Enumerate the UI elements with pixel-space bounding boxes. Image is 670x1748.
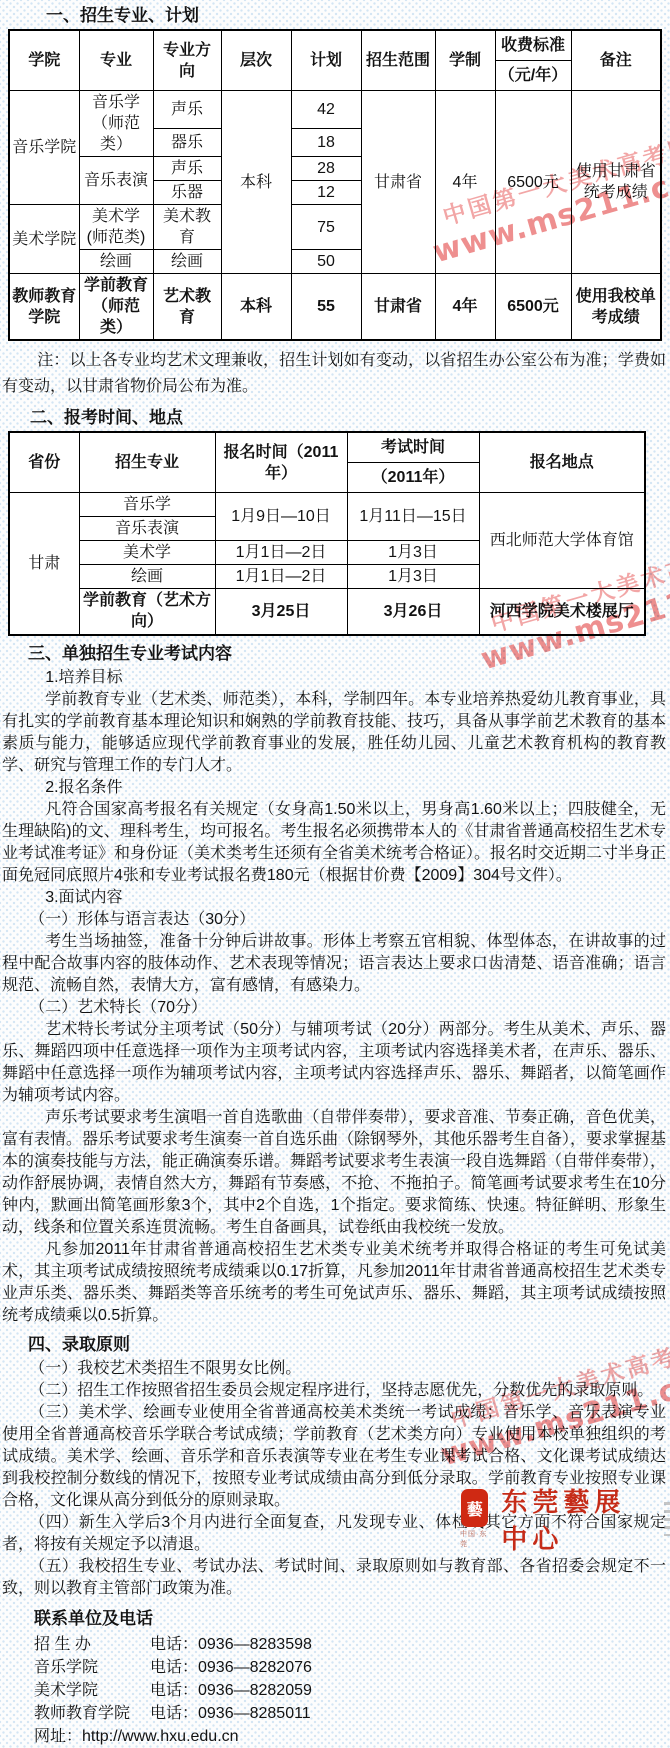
contact-line-admissions: 招 生 办 电话：0936—8283598 (34, 1633, 670, 1656)
cell-level-benke: 本科 (221, 91, 291, 274)
subsection-interview-content: 3.面试内容 (2, 887, 666, 909)
cell-signup-jan9-10: 1月9日—10日 (215, 493, 347, 541)
header-level: 层次 (221, 30, 291, 91)
table-header-row: 学院 专业 专业方向 层次 计划 招生范围 学制 收费标准 （元/年） 备注 (9, 30, 661, 91)
cell-duration-4years: 4年 (435, 91, 495, 274)
cell-signup-mar25: 3月25日 (215, 589, 347, 635)
cell-remark-unified-exam: 使用甘肃省统考成绩 (571, 91, 661, 274)
cell-level-benke2: 本科 (221, 274, 291, 341)
header-fee-top: 收费标准 (496, 31, 571, 61)
contact-line-teacher-college: 教师教育学院 电话：0936—8285011 (34, 1702, 670, 1725)
cell-major-musicology2: 音乐学 (79, 493, 215, 517)
paragraph: 凡符合国家高考报名有关规定（女身高1.50米以上，男身高1.60米以上；四肢健全… (2, 799, 666, 887)
table-row-preschool2: 学前教育（艺术方向） 3月25日 3月26日 河西学院美术楼展厅 (9, 589, 645, 635)
seal-block: 藝 中国·东莞 (460, 1489, 489, 1549)
website-url[interactable]: http://www.hxu.edu.cn (82, 1728, 239, 1745)
cell-major-musicology: 音乐学（师范类） (79, 91, 153, 157)
cell-major-music-performance: 音乐表演 (79, 157, 153, 205)
signature-marks (664, 1502, 670, 1536)
cell-exam-jan3b: 1月3日 (347, 565, 479, 589)
header-signup-time: 报名时间（2011年） (215, 432, 347, 493)
cell-signup-jan1-2: 1月1日—2日 (215, 541, 347, 565)
paragraph: 考生当场抽签，准备十分钟后讲故事。形体上考察五官相貌、体型体态，在讲故事的过程中… (2, 931, 666, 997)
enrollment-plan-table: 学院 专业 专业方向 层次 计划 招生范围 学制 收费标准 （元/年） 备注 音… (8, 29, 662, 341)
contact-block: 招 生 办 电话：0936—8283598 音乐学院 电话：0936—82820… (34, 1633, 670, 1748)
section3-title: 三、单独招生专业考试内容 (28, 643, 670, 664)
header-fee-bottom: （元/年） (496, 61, 571, 90)
header-college: 学院 (9, 30, 79, 91)
subsection-art-specialty: （二）艺术特长（70分） (2, 997, 666, 1019)
contact-phone: 电话：0936—8282059 (150, 1679, 312, 1702)
cell-location-exhibit-hall: 河西学院美术楼展厅 (479, 589, 645, 635)
contact-phone: 电话：0936—8285011 (150, 1702, 311, 1725)
cell-fee-6500-2: 6500元 (495, 274, 571, 341)
header-province: 省份 (9, 432, 79, 493)
contact-line-art-college: 美术学院 电话：0936—8282059 (34, 1679, 670, 1702)
cell-province-gansu: 甘肃 (9, 493, 79, 635)
logo-calligraphy-text: 东莞藝展中心 (501, 1482, 656, 1556)
admission-document-page: 一、招生专业、计划 学院 专业 专业方向 层次 计划 招生范围 学制 收费标准 … (0, 0, 670, 1748)
cell-major-fine-art2: 美术学 (79, 541, 215, 565)
header-remark: 备注 (571, 30, 661, 91)
table-row-preschool: 教师教育学院 学前教育（师范类） 艺术教育 本科 55 甘肃省 4年 6500元… (9, 274, 661, 341)
cell-exam-jan3: 1月3日 (347, 541, 479, 565)
cell-plan-18: 18 (291, 129, 361, 157)
cell-direction-painting: 绘画 (153, 250, 221, 274)
cell-music-college: 音乐学院 (9, 91, 79, 205)
contact-unit: 美术学院 (34, 1679, 150, 1702)
cell-major-painting: 绘画 (79, 250, 153, 274)
cell-fee-6500: 6500元 (495, 91, 571, 274)
contact-phone: 电话：0936—8283598 (150, 1633, 312, 1656)
cell-duration-4years2: 4年 (435, 274, 495, 341)
registration-time-table: 省份 招生专业 报名时间（2011年） 考试时间 （2011年） 报名地点 甘肃… (8, 431, 646, 636)
table1-note: 注：以上各专业均艺术文理兼收，招生计划如有变动，以省招生办公室公布为准；学费如有… (2, 348, 666, 400)
contact-unit: 教师教育学院 (34, 1702, 150, 1725)
section4-title: 四、录取原则 (28, 1334, 670, 1355)
cell-plan-28: 28 (291, 157, 361, 181)
header-major: 专业 (79, 30, 153, 91)
section3-body: 三、单独招生专业考试内容 1.培养目标 学前教育专业（艺术类、师范类），本科，学… (0, 643, 670, 1327)
cell-scope-gansu: 甘肃省 (361, 91, 435, 274)
cell-teacher-college: 教师教育学院 (9, 274, 79, 341)
table-row: 音乐学院 音乐学（师范类） 声乐 本科 42 甘肃省 4年 6500元 使用甘肃… (9, 91, 661, 129)
section2-title: 二、报考时间、地点 (30, 407, 670, 428)
section4-body: 四、录取原则 （一）我校艺术类招生不限男女比例。 （二）招生工作按照省招生委员会… (0, 1334, 670, 1600)
contact-unit: 音乐学院 (34, 1656, 150, 1679)
header-duration: 学制 (435, 30, 495, 91)
cell-signup-jan1-2b: 1月1日—2日 (215, 565, 347, 589)
contact-line-music-college: 音乐学院 电话：0936—8282076 (34, 1656, 670, 1679)
cell-major-fine-art: 美术学(师范类) (79, 205, 153, 250)
cell-direction-vocal2: 声乐 (153, 157, 221, 181)
header-exam-time-top: 考试时间 (348, 433, 479, 463)
paragraph: 学前教育专业（艺术类、师范类），本科，学制四年。本专业培养热爱幼儿教育事业，具有… (2, 689, 666, 777)
paragraph: （五）我校招生专业、考试办法、考试时间、录取原则如与教育部、各省招委会规定不一致… (2, 1556, 666, 1600)
cell-scope-gansu2: 甘肃省 (361, 274, 435, 341)
cell-major-preschool2: 学前教育（艺术方向） (79, 589, 215, 635)
subsection-training-goal: 1.培养目标 (2, 667, 666, 689)
cell-plan-75: 75 (291, 205, 361, 250)
cell-plan-12: 12 (291, 181, 361, 205)
contact-phone: 电话：0936—8282076 (150, 1656, 312, 1679)
subsection-signup-conditions: 2.报名条件 (2, 777, 666, 799)
paragraph: 凡参加2011年甘肃省普通高校招生艺术类专业美术统考并取得合格证的考生可免试美术… (2, 1239, 666, 1327)
cell-direction-vocal: 声乐 (153, 91, 221, 129)
cell-major-painting2: 绘画 (79, 565, 215, 589)
contact-unit: 招 生 办 (34, 1633, 150, 1656)
cell-direction-art-edu2: 艺术教育 (153, 274, 221, 341)
website-line: 网址：http://www.hxu.edu.cn (34, 1725, 670, 1748)
cell-exam-jan11-15: 1月11日—15日 (347, 493, 479, 541)
cell-location-gym: 西北师范大学体育馆 (479, 493, 645, 589)
section1-title: 一、招生专业、计划 (46, 5, 670, 26)
table-header-row: 省份 招生专业 报名时间（2011年） 考试时间 （2011年） 报名地点 (9, 432, 645, 493)
paragraph: 声乐考试要求考生演唱一首自选歌曲（自带伴奏带），要求音准、节奏正确，音色优美，富… (2, 1107, 666, 1239)
cell-plan-55: 55 (291, 274, 361, 341)
cell-plan-50: 50 (291, 250, 361, 274)
paragraph: 艺术特长考试分主项考试（50分）与辅项考试（20分）两部分。考生从美术、声乐、器… (2, 1019, 666, 1107)
header-plan: 计划 (291, 30, 361, 91)
header-enroll-major: 招生专业 (79, 432, 215, 493)
contact-title: 联系单位及电话 (34, 1608, 670, 1630)
website-label: 网址： (34, 1728, 82, 1745)
header-location: 报名地点 (479, 432, 645, 493)
cell-exam-mar26: 3月26日 (347, 589, 479, 635)
cell-remark-own-exam: 使用我校单考成绩 (571, 274, 661, 341)
header-exam-time-bottom: （2011年） (348, 463, 479, 492)
seal-icon: 藝 (461, 1489, 488, 1527)
paragraph: （二）招生工作按照省招生委员会规定程序进行，坚持志愿优先，分数优先的录取原则。 (2, 1380, 666, 1402)
cell-art-college: 美术学院 (9, 205, 79, 274)
subsection-body-language: （一）形体与语言表达（30分） (2, 909, 666, 931)
header-direction: 专业方向 (153, 30, 221, 91)
table-row: 甘肃 音乐学 1月9日—10日 1月11日—15日 西北师范大学体育馆 (9, 493, 645, 517)
header-scope: 招生范围 (361, 30, 435, 91)
cell-direction-instrument: 器乐 (153, 129, 221, 157)
header-exam-time: 考试时间 （2011年） (347, 432, 479, 493)
cell-major-music-perf2: 音乐表演 (79, 517, 215, 541)
seal-caption: 中国·东莞 (460, 1529, 489, 1549)
cell-direction-art-education: 美术教育 (153, 205, 221, 250)
cell-direction-instrument2: 乐器 (153, 181, 221, 205)
cell-major-preschool: 学前教育（师范类） (79, 274, 153, 341)
paragraph: （一）我校艺术类招生不限男女比例。 (2, 1358, 666, 1380)
cell-plan-42: 42 (291, 91, 361, 129)
dongguan-art-center-logo: 藝 中国·东莞 东莞藝展中心 (460, 1482, 670, 1556)
header-fee: 收费标准 （元/年） (495, 30, 571, 91)
